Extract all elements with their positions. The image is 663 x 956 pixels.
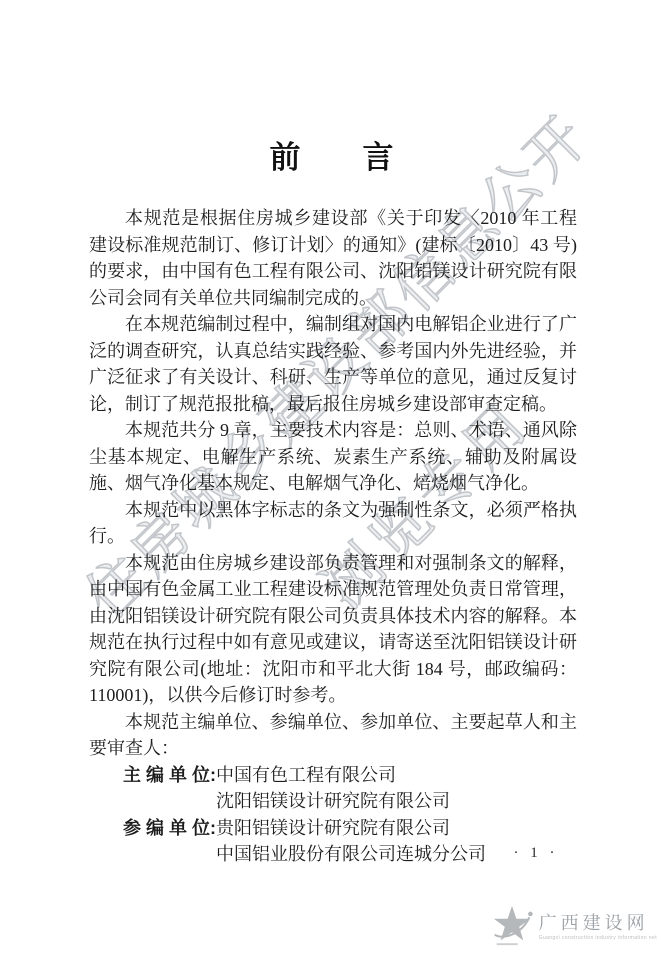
document-page: 住房城乡建设部信息公开 浏览专用 前 言 本规范是根据住房城乡建设部《关于印发〈… — [0, 0, 663, 956]
paragraph-3: 本规范共分 9 章，主要技术内容是：总则、术语、通风除尘基本规定、电解生产系统、… — [89, 417, 577, 497]
chief-editor-label: 主 编 单 位: — [123, 762, 216, 815]
page-number: · 1 · — [498, 845, 574, 862]
participating-editor-value-1: 贵阳铝镁设计研究院有限公司 — [216, 815, 486, 842]
participating-editor-values: 贵阳铝镁设计研究院有限公司 中国铝业股份有限公司连城分公司 — [216, 815, 486, 868]
paragraph-1: 本规范是根据住房城乡建设部《关于印发〈2010 年工程建设标准规范制订、修订计划… — [89, 205, 577, 311]
chief-editor-row: 主 编 单 位: 中国有色工程有限公司 沈阳铝镁设计研究院有限公司 — [89, 762, 577, 815]
paragraph-6: 本规范主编单位、参编单位、参加单位、主要起草人和主要审查人： — [89, 709, 577, 762]
participating-editor-value-2: 中国铝业股份有限公司连城分公司 — [216, 841, 486, 868]
chief-editor-value-1: 中国有色工程有限公司 — [216, 762, 450, 789]
participating-editor-label: 参 编 单 位: — [123, 815, 216, 868]
logo-wordmark: 广西建设网 — [539, 909, 657, 935]
chief-editor-values: 中国有色工程有限公司 沈阳铝镁设计研究院有限公司 — [216, 762, 450, 815]
star-logo-icon — [489, 902, 535, 948]
logo-text: 广西建设网 Guangxi construction industry info… — [539, 909, 657, 941]
paragraph-5: 本规范由住房城乡建设部负责管理和对强制条文的解释，由中国有色金属工业工程建设标准… — [89, 550, 577, 709]
site-logo[interactable]: 广西建设网 Guangxi construction industry info… — [489, 902, 657, 948]
paragraph-2: 在本规范编制过程中，编制组对国内电解铝企业进行了广泛的调查研究，认真总结实践经验… — [89, 311, 577, 417]
document-body: 本规范是根据住房城乡建设部《关于印发〈2010 年工程建设标准规范制订、修订计划… — [89, 205, 577, 868]
chief-editor-value-2: 沈阳铝镁设计研究院有限公司 — [216, 788, 450, 815]
page-title: 前 言 — [0, 132, 663, 177]
logo-tagline: Guangxi construction industry informatio… — [539, 935, 657, 941]
paragraph-4: 本规范中以黑体字标志的条文为强制性条文，必须严格执行。 — [89, 497, 577, 550]
